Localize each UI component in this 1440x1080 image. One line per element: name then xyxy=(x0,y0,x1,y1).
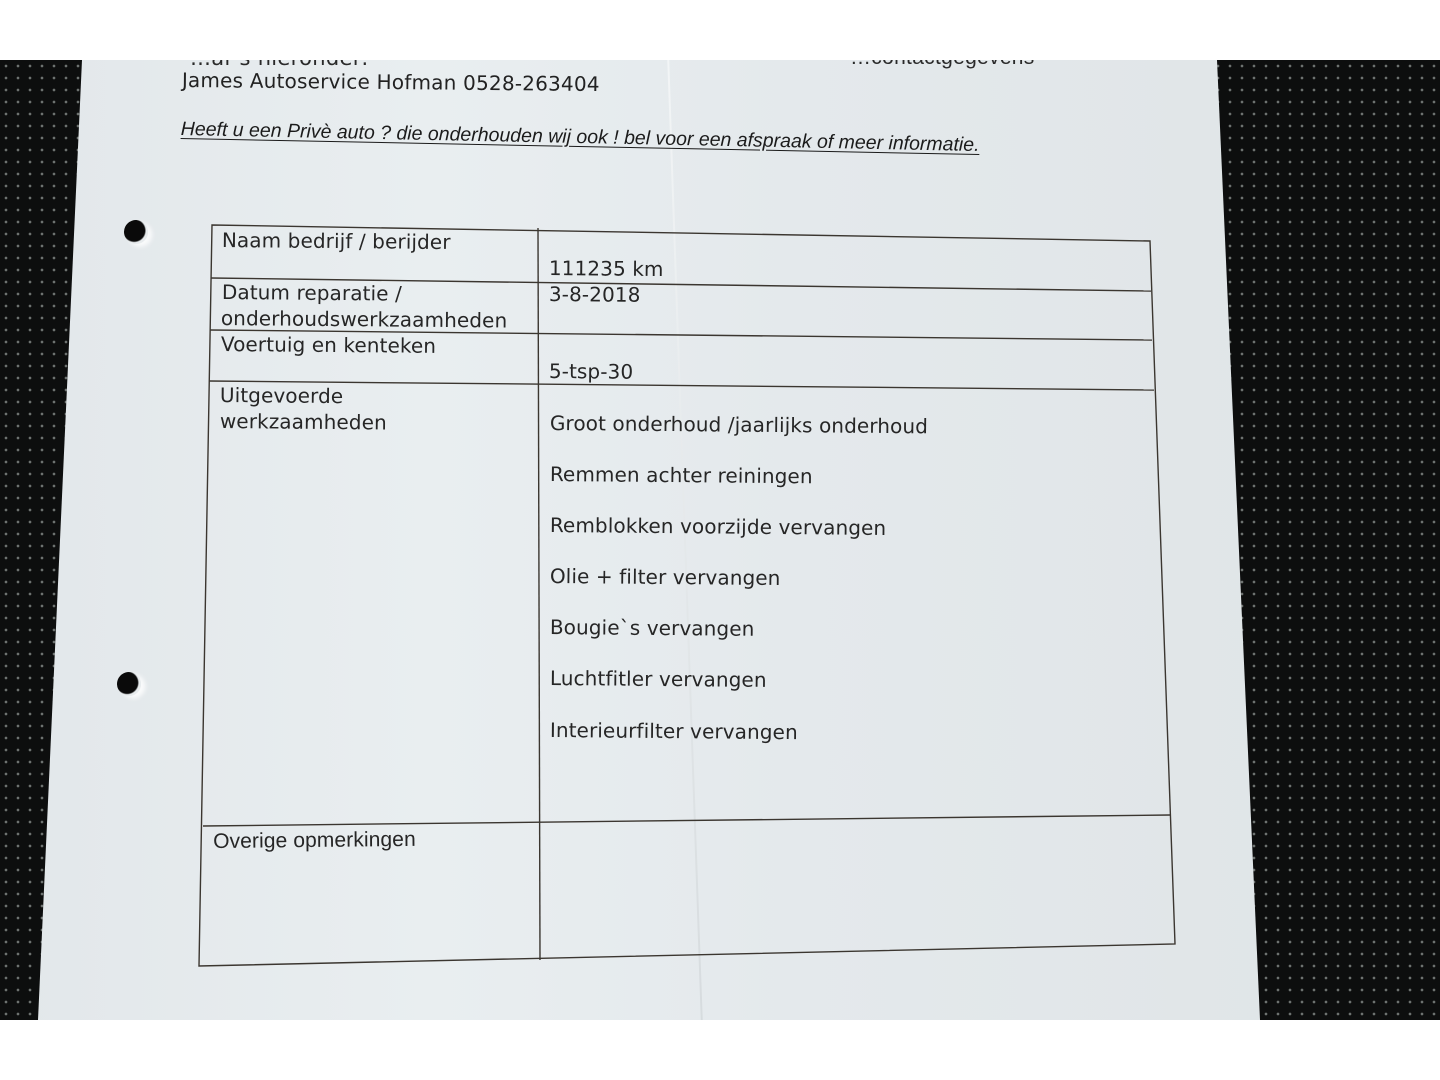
label-work-done-line2: werkzaamheden xyxy=(220,409,387,434)
label-vehicle-plate: Voertuig en kenteken xyxy=(221,332,436,358)
table-grid-lines xyxy=(0,60,1440,1020)
maintenance-table: Naam bedrijf / berijder 111235 km Datum … xyxy=(0,60,1440,1020)
work-item: Luchtfitler vervangen xyxy=(550,666,767,692)
label-company-driver: Naam bedrijf / berijder xyxy=(222,228,451,254)
label-repair-date-line2: onderhoudswerkzaamheden xyxy=(221,306,508,332)
work-item: Bougie`s vervangen xyxy=(550,615,755,641)
work-item: Olie + filter vervangen xyxy=(550,564,781,590)
work-item: Interieurfilter vervangen xyxy=(550,718,798,744)
label-repair-date-line1: Datum reparatie / xyxy=(222,280,402,306)
work-item: Remblokken voorzijde vervangen xyxy=(550,513,887,540)
photo-frame: …ar's hieronder: …contactgegevens James … xyxy=(0,60,1440,1020)
service-report-paper: …ar's hieronder: …contactgegevens James … xyxy=(0,60,1440,1020)
value-repair-date: 3-8-2018 xyxy=(549,282,641,307)
work-item: Remmen achter reiningen xyxy=(550,462,813,488)
value-license-plate: 5-tsp-30 xyxy=(549,359,634,384)
label-other-remarks: Overige opmerkingen xyxy=(213,828,416,854)
value-mileage: 111235 km xyxy=(549,256,664,281)
work-item: Groot onderhoud /jaarlijks onderhoud xyxy=(550,411,928,438)
label-work-done-line1: Uitgevoerde xyxy=(220,383,344,408)
